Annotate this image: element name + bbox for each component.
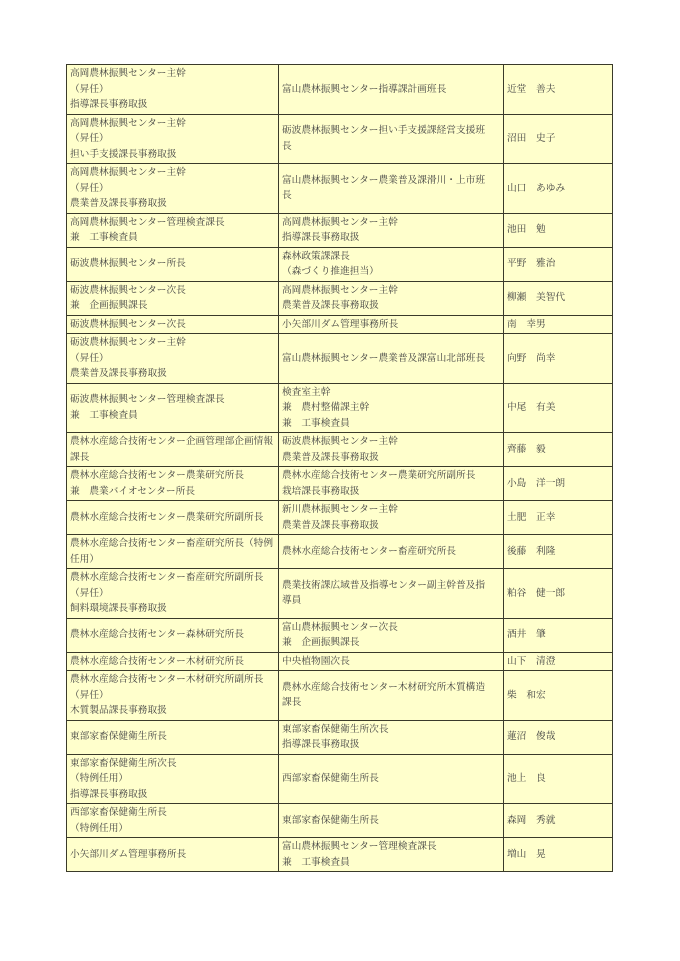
text-line: 山下 清澄 (507, 654, 609, 670)
text-line: （森づくり推進担当） (282, 264, 500, 280)
text-line: 平野 雅治 (507, 256, 609, 272)
text-line: 砺波農林振興センター主幹 (282, 434, 500, 450)
previous-position-cell: 農林水産総合技術センター農業研究所副所長栽培課長事務取扱 (279, 467, 504, 501)
text-line: 農業普及課長事務取扱 (282, 298, 500, 314)
person-name-cell: 中尾 有美 (504, 383, 613, 433)
person-name-cell: 近堂 善夫 (504, 65, 613, 115)
new-position-cell: 農林水産総合技術センター木材研究所副所長（昇任）木質製品課長事務取扱 (67, 671, 279, 721)
table-row: 農林水産総合技術センター農業研究所長兼 農業バイオセンター所長農林水産総合技術セ… (67, 467, 613, 501)
table-row: 高岡農林振興センター管理検査課長兼 工事検査員高岡農林振興センター主幹指導課長事… (67, 213, 613, 247)
table-row: 砺波農林振興センター所長森林政策課課長（森づくり推進担当）平野 雅治 (67, 247, 613, 281)
previous-position-cell: 富山農林振興センター指導課計画班長 (279, 65, 504, 115)
text-line: （特例任用） (70, 821, 275, 837)
new-position-cell: 農林水産総合技術センター畜産研究所副所長（昇任）飼料環境課長事務取扱 (67, 569, 279, 619)
text-line: 東部家畜保健衛生所長 (70, 729, 275, 745)
text-line: 中央植物園次長 (282, 654, 500, 670)
table-row: 農林水産総合技術センター農業研究所副所長新川農林振興センター主幹農業普及課長事務… (67, 501, 613, 535)
table-row: 砺波農林振興センター次長兼 企画振興課長高岡農林振興センター主幹農業普及課長事務… (67, 281, 613, 315)
new-position-cell: 砺波農林振興センター管理検査課長兼 工事検査員 (67, 383, 279, 433)
previous-position-cell: 東部家畜保健衛生所長 (279, 804, 504, 838)
person-name-cell: 池上 良 (504, 754, 613, 804)
person-name-cell: 森岡 秀就 (504, 804, 613, 838)
text-line: 森林政策課課長 (282, 249, 500, 265)
text-line: 農林水産総合技術センター森林研究所長 (70, 627, 275, 643)
person-name-cell: 後藤 利隆 (504, 535, 613, 569)
text-line: 砺波農林振興センター担い手支援課経営支援班 (282, 123, 500, 139)
text-line: 農林水産総合技術センター木材研究所長 (70, 654, 275, 670)
text-line: 課長 (282, 695, 500, 711)
text-line: 農業普及課長事務取扱 (70, 196, 275, 212)
person-name-cell: 山下 清澄 (504, 652, 613, 671)
previous-position-cell: 砺波農林振興センター主幹農業普及課長事務取扱 (279, 433, 504, 467)
text-line: 砺波農林振興センター次長 (70, 283, 275, 299)
table-row: 農林水産総合技術センター企画管理部企画情報課長砺波農林振興センター主幹農業普及課… (67, 433, 613, 467)
new-position-cell: 農林水産総合技術センター畜産研究所長（特例任用） (67, 535, 279, 569)
text-line: 中尾 有美 (507, 400, 609, 416)
text-line: 富山農林振興センター管理検査課長 (282, 839, 500, 855)
table-row: 高岡農林振興センター主幹（昇任）指導課長事務取扱富山農林振興センター指導課計画班… (67, 65, 613, 115)
text-line: 飼料環境課長事務取扱 (70, 601, 275, 617)
table-row: 東部家畜保健衛生所次長（特例任用）指導課長事務取扱西部家畜保健衛生所長池上 良 (67, 754, 613, 804)
text-line: 担い手支援課長事務取扱 (70, 147, 275, 163)
table-row: 農林水産総合技術センター木材研究所副所長（昇任）木質製品課長事務取扱農林水産総合… (67, 671, 613, 721)
person-name-cell: 山口 あゆみ (504, 164, 613, 214)
text-line: 池田 勉 (507, 222, 609, 238)
text-line: 指導課長事務取扱 (70, 97, 275, 113)
text-line: 富山農林振興センター農業普及課滑川・上市班 (282, 173, 500, 189)
previous-position-cell: 中央植物園次長 (279, 652, 504, 671)
text-line: 齊藤 毅 (507, 442, 609, 458)
text-line: 指導課長事務取扱 (282, 737, 500, 753)
text-line: 東部家畜保健衛生所長 (282, 813, 500, 829)
new-position-cell: 高岡農林振興センター管理検査課長兼 工事検査員 (67, 213, 279, 247)
new-position-cell: 農林水産総合技術センター農業研究所長兼 農業バイオセンター所長 (67, 467, 279, 501)
text-line: 後藤 利隆 (507, 544, 609, 560)
text-line: （昇任） (70, 586, 275, 602)
person-name-cell: 柴 和宏 (504, 671, 613, 721)
text-line: 近堂 善夫 (507, 82, 609, 98)
previous-position-cell: 高岡農林振興センター主幹農業普及課長事務取扱 (279, 281, 504, 315)
text-line: 兼 企画振興課長 (282, 635, 500, 651)
table-row: 農林水産総合技術センター畜産研究所副所長（昇任）飼料環境課長事務取扱農業技術課広… (67, 569, 613, 619)
text-line: 兼 工事検査員 (70, 408, 275, 424)
text-line: 長 (282, 139, 500, 155)
new-position-cell: 砺波農林振興センター次長 (67, 315, 279, 334)
table-row: 西部家畜保健衛生所長（特例任用）東部家畜保健衛生所長森岡 秀就 (67, 804, 613, 838)
text-line: 小島 洋一朗 (507, 476, 609, 492)
new-position-cell: 農林水産総合技術センター森林研究所長 (67, 618, 279, 652)
new-position-cell: 小矢部川ダム管理事務所長 (67, 838, 279, 872)
text-line: 高岡農林振興センター主幹 (282, 283, 500, 299)
text-line: 東部家畜保健衛生所次長 (282, 722, 500, 738)
person-name-cell: 粕谷 健一郎 (504, 569, 613, 619)
text-line: 粕谷 健一郎 (507, 586, 609, 602)
text-line: 蓮沼 俊哉 (507, 729, 609, 745)
person-name-cell: 向野 尚幸 (504, 334, 613, 384)
text-line: 柳瀬 美智代 (507, 290, 609, 306)
text-line: 木質製品課長事務取扱 (70, 703, 275, 719)
person-name-cell: 増山 晃 (504, 838, 613, 872)
new-position-cell: 砺波農林振興センター主幹（昇任）農業普及課長事務取扱 (67, 334, 279, 384)
text-line: 農林水産総合技術センター木材研究所副所長 (70, 672, 275, 688)
table-row: 農林水産総合技術センター木材研究所長中央植物園次長山下 清澄 (67, 652, 613, 671)
previous-position-cell: 検査室主幹兼 農村整備課主幹兼 工事検査員 (279, 383, 504, 433)
text-line: 課長 (70, 450, 275, 466)
previous-position-cell: 森林政策課課長（森づくり推進担当） (279, 247, 504, 281)
text-line: （特例任用） (70, 771, 275, 787)
text-line: 農業普及課長事務取扱 (70, 366, 275, 382)
text-line: 栽培課長事務取扱 (282, 484, 500, 500)
text-line: 土肥 正幸 (507, 510, 609, 526)
table-row: 農林水産総合技術センター畜産研究所長（特例任用）農林水産総合技術センター畜産研究… (67, 535, 613, 569)
text-line: 農林水産総合技術センター農業研究所長 (70, 468, 275, 484)
table-row: 砺波農林振興センター主幹（昇任）農業普及課長事務取扱富山農林振興センター農業普及… (67, 334, 613, 384)
text-line: 導員 (282, 593, 500, 609)
text-line: 検査室主幹 (282, 385, 500, 401)
text-line: 南 幸男 (507, 317, 609, 333)
new-position-cell: 高岡農林振興センター主幹（昇任）指導課長事務取扱 (67, 65, 279, 115)
text-line: 砺波農林振興センター次長 (70, 317, 275, 333)
text-line: 高岡農林振興センター管理検査課長 (70, 215, 275, 231)
text-line: （昇任） (70, 82, 275, 98)
text-line: 砺波農林振興センター管理検査課長 (70, 392, 275, 408)
text-line: 高岡農林振興センター主幹 (70, 165, 275, 181)
text-line: （昇任） (70, 131, 275, 147)
text-line: （昇任） (70, 688, 275, 704)
text-line: 池上 良 (507, 771, 609, 787)
person-name-cell: 沼田 史子 (504, 114, 613, 164)
text-line: 高岡農林振興センター主幹 (282, 215, 500, 231)
text-line: 農林水産総合技術センター畜産研究所長（特例 (70, 536, 275, 552)
text-line: 指導課長事務取扱 (282, 230, 500, 246)
previous-position-cell: 富山農林振興センター農業普及課滑川・上市班長 (279, 164, 504, 214)
person-name-cell: 南 幸男 (504, 315, 613, 334)
document-page: 高岡農林振興センター主幹（昇任）指導課長事務取扱富山農林振興センター指導課計画班… (0, 0, 680, 961)
table-row: 砺波農林振興センター管理検査課長兼 工事検査員検査室主幹兼 農村整備課主幹兼 工… (67, 383, 613, 433)
new-position-cell: 農林水産総合技術センター木材研究所長 (67, 652, 279, 671)
person-name-cell: 池田 勉 (504, 213, 613, 247)
text-line: 兼 工事検査員 (70, 230, 275, 246)
table-row: 小矢部川ダム管理事務所長富山農林振興センター管理検査課長兼 工事検査員増山 晃 (67, 838, 613, 872)
new-position-cell: 農林水産総合技術センター企画管理部企画情報課長 (67, 433, 279, 467)
previous-position-cell: 東部家畜保健衛生所次長指導課長事務取扱 (279, 720, 504, 754)
text-line: 沼田 史子 (507, 131, 609, 147)
previous-position-cell: 西部家畜保健衛生所長 (279, 754, 504, 804)
table-body: 高岡農林振興センター主幹（昇任）指導課長事務取扱富山農林振興センター指導課計画班… (67, 65, 613, 872)
person-name-cell: 土肥 正幸 (504, 501, 613, 535)
new-position-cell: 西部家畜保健衛生所長（特例任用） (67, 804, 279, 838)
new-position-cell: 東部家畜保健衛生所次長（特例任用）指導課長事務取扱 (67, 754, 279, 804)
text-line: 農林水産総合技術センター農業研究所副所長 (70, 510, 275, 526)
new-position-cell: 農林水産総合技術センター農業研究所副所長 (67, 501, 279, 535)
previous-position-cell: 富山農林振興センター農業普及課富山北部班長 (279, 334, 504, 384)
text-line: （昇任） (70, 181, 275, 197)
text-line: 新川農林振興センター主幹 (282, 502, 500, 518)
text-line: 兼 工事検査員 (282, 855, 500, 871)
text-line: 富山農林振興センター農業普及課富山北部班長 (282, 351, 500, 367)
text-line: （昇任） (70, 351, 275, 367)
text-line: 任用） (70, 552, 275, 568)
person-name-cell: 柳瀬 美智代 (504, 281, 613, 315)
previous-position-cell: 農業技術課広域普及指導センター副主幹普及指導員 (279, 569, 504, 619)
text-line: 森岡 秀就 (507, 813, 609, 829)
text-line: 高岡農林振興センター主幹 (70, 116, 275, 132)
person-name-cell: 齊藤 毅 (504, 433, 613, 467)
personnel-appointments-table: 高岡農林振興センター主幹（昇任）指導課長事務取扱富山農林振興センター指導課計画班… (66, 64, 613, 872)
text-line: 富山農林振興センター指導課計画班長 (282, 82, 500, 98)
new-position-cell: 東部家畜保健衛生所長 (67, 720, 279, 754)
text-line: 高岡農林振興センター主幹 (70, 66, 275, 82)
text-line: 小矢部川ダム管理事務所長 (70, 847, 275, 863)
text-line: 農業普及課長事務取扱 (282, 450, 500, 466)
text-line: 農林水産総合技術センター企画管理部企画情報 (70, 434, 275, 450)
text-line: 増山 晃 (507, 847, 609, 863)
text-line: 富山農林振興センター次長 (282, 620, 500, 636)
person-name-cell: 蓮沼 俊哉 (504, 720, 613, 754)
text-line: 兼 工事検査員 (282, 416, 500, 432)
person-name-cell: 酒井 肇 (504, 618, 613, 652)
text-line: 酒井 肇 (507, 627, 609, 643)
text-line: 兼 企画振興課長 (70, 298, 275, 314)
person-name-cell: 小島 洋一朗 (504, 467, 613, 501)
text-line: 柴 和宏 (507, 688, 609, 704)
previous-position-cell: 新川農林振興センター主幹農業普及課長事務取扱 (279, 501, 504, 535)
new-position-cell: 高岡農林振興センター主幹（昇任）農業普及課長事務取扱 (67, 164, 279, 214)
text-line: 東部家畜保健衛生所次長 (70, 756, 275, 772)
text-line: 砺波農林振興センター主幹 (70, 335, 275, 351)
new-position-cell: 高岡農林振興センター主幹（昇任）担い手支援課長事務取扱 (67, 114, 279, 164)
previous-position-cell: 農林水産総合技術センター木材研究所木質構造課長 (279, 671, 504, 721)
text-line: 兼 農業バイオセンター所長 (70, 484, 275, 500)
previous-position-cell: 小矢部川ダム管理事務所長 (279, 315, 504, 334)
text-line: 農業普及課長事務取扱 (282, 518, 500, 534)
person-name-cell: 平野 雅治 (504, 247, 613, 281)
text-line: 農業技術課広域普及指導センター副主幹普及指 (282, 578, 500, 594)
text-line: 山口 あゆみ (507, 181, 609, 197)
table-row: 農林水産総合技術センター森林研究所長富山農林振興センター次長兼 企画振興課長酒井… (67, 618, 613, 652)
table-row: 高岡農林振興センター主幹（昇任）農業普及課長事務取扱富山農林振興センター農業普及… (67, 164, 613, 214)
new-position-cell: 砺波農林振興センター所長 (67, 247, 279, 281)
previous-position-cell: 高岡農林振興センター主幹指導課長事務取扱 (279, 213, 504, 247)
previous-position-cell: 富山農林振興センター管理検査課長兼 工事検査員 (279, 838, 504, 872)
text-line: 農林水産総合技術センター木材研究所木質構造 (282, 680, 500, 696)
previous-position-cell: 農林水産総合技術センター畜産研究所長 (279, 535, 504, 569)
text-line: 農林水産総合技術センター畜産研究所副所長 (70, 570, 275, 586)
text-line: 西部家畜保健衛生所長 (70, 805, 275, 821)
text-line: 向野 尚幸 (507, 351, 609, 367)
text-line: 農林水産総合技術センター農業研究所副所長 (282, 468, 500, 484)
text-line: 農林水産総合技術センター畜産研究所長 (282, 544, 500, 560)
text-line: 小矢部川ダム管理事務所長 (282, 317, 500, 333)
text-line: 兼 農村整備課主幹 (282, 400, 500, 416)
text-line: 砺波農林振興センター所長 (70, 256, 275, 272)
text-line: 指導課長事務取扱 (70, 787, 275, 803)
text-line: 長 (282, 188, 500, 204)
previous-position-cell: 富山農林振興センター次長兼 企画振興課長 (279, 618, 504, 652)
table-row: 高岡農林振興センター主幹（昇任）担い手支援課長事務取扱砺波農林振興センター担い手… (67, 114, 613, 164)
previous-position-cell: 砺波農林振興センター担い手支援課経営支援班長 (279, 114, 504, 164)
text-line: 西部家畜保健衛生所長 (282, 771, 500, 787)
table-row: 東部家畜保健衛生所長東部家畜保健衛生所次長指導課長事務取扱蓮沼 俊哉 (67, 720, 613, 754)
table-row: 砺波農林振興センター次長小矢部川ダム管理事務所長南 幸男 (67, 315, 613, 334)
new-position-cell: 砺波農林振興センター次長兼 企画振興課長 (67, 281, 279, 315)
